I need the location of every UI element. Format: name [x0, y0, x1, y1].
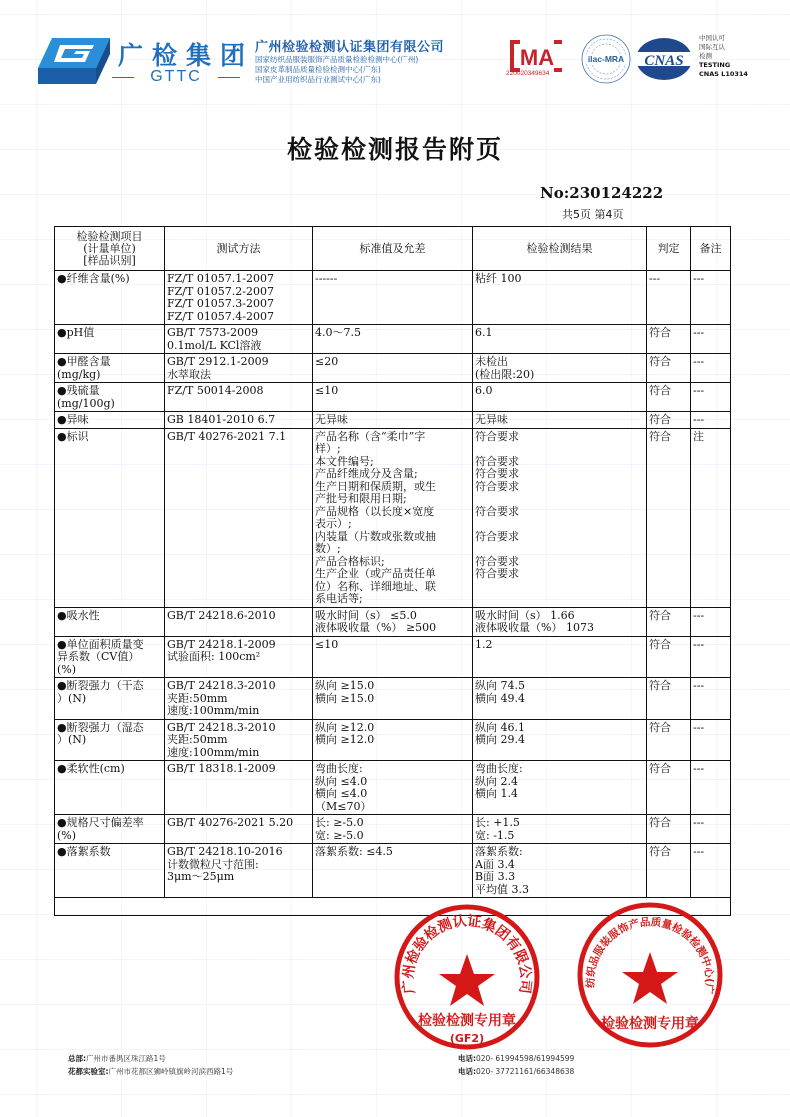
- results-table: 检验检测项目 (计量单位) [样品识别] 测试方法 标准值及允差 检验检测结果 …: [54, 226, 731, 916]
- cell-item: ●吸水性: [55, 607, 165, 636]
- table-row-empty: [55, 898, 731, 916]
- phone-label-2: 电话:: [458, 1067, 476, 1076]
- cell-result: 1.2: [473, 636, 647, 678]
- header-standard: 标准值及允差: [313, 227, 473, 271]
- cma-code: 220020349634: [506, 70, 549, 77]
- table-body: ●纤维含量(%)FZ/T 01057.1-2007 FZ/T 01057.2-2…: [55, 271, 731, 916]
- cell-result: 6.1: [473, 325, 647, 354]
- cell-standard: ≤10: [313, 636, 473, 678]
- cell-item: ●残硫量 (mg/100g): [55, 383, 165, 412]
- header-note: 备注: [691, 227, 731, 271]
- cell-method: GB/T 18318.1-2009: [165, 761, 313, 815]
- table-row: ●吸水性GB/T 24218.6-2010吸水时间（s） ≤5.0 液体吸收量（…: [55, 607, 731, 636]
- company-subtitle-1: 国家纺织品服装服饰产品质量检验检测中心(广州): [255, 55, 418, 65]
- official-stamp-national-center: 国家纺织品服装服饰产品质量检验检测中心(广州) 检验检测专用章: [575, 900, 725, 1050]
- footer-phone-2: 电话:020- 37721161/66348638: [458, 1066, 574, 1077]
- cell-item: ●断裂强力（湿态 ）(N): [55, 719, 165, 761]
- cell-result: 落絮系数: A面 3.4 B面 3.3 平均值 3.3: [473, 844, 647, 898]
- cell-standard: ------: [313, 271, 473, 325]
- cell-standard: 吸水时间（s） ≤5.0 液体吸收量（%） ≥500: [313, 607, 473, 636]
- cma-logo-icon: MA: [508, 38, 566, 74]
- cell-standard: 落絮系数: ≤4.5: [313, 844, 473, 898]
- cell-judge: 符合: [647, 719, 691, 761]
- results-table-container: 检验检测项目 (计量单位) [样品识别] 测试方法 标准值及允差 检验检测结果 …: [54, 226, 730, 916]
- cell-judge: 符合: [647, 325, 691, 354]
- svg-text:检验检测专用章: 检验检测专用章: [601, 1015, 699, 1032]
- cell-result: 纵向 74.5 横向 49.4: [473, 678, 647, 720]
- cell-standard: 4.0～7.5: [313, 325, 473, 354]
- cell-item: ●异味: [55, 412, 165, 429]
- company-subtitle-2: 国家皮革制品质量检验检测中心(广东): [255, 65, 381, 75]
- cell-method: GB/T 24218.6-2010: [165, 607, 313, 636]
- cnas-line-3: 检测: [699, 52, 748, 61]
- table-row: ●标识GB/T 40276-2021 7.1产品名称（含“柔巾”字 样）; 本文…: [55, 428, 731, 607]
- cell-result: 吸水时间（s） 1.66 液体吸收量（%） 1073: [473, 607, 647, 636]
- cell-result: 未检出 (检出限:20): [473, 354, 647, 383]
- cell-item: ●pH值: [55, 325, 165, 354]
- cell-result: 纵向 46.1 横向 29.4: [473, 719, 647, 761]
- cell-judge: 符合: [647, 815, 691, 844]
- footer-hq: 总部:广州市番禺区珠江路1号: [68, 1053, 166, 1064]
- cell-note: ---: [691, 844, 731, 898]
- cell-note: ---: [691, 325, 731, 354]
- cell-note: ---: [691, 271, 731, 325]
- ilac-mra-logo-icon: ilac-MRA: [580, 33, 632, 85]
- cell-result: 无异味: [473, 412, 647, 429]
- letterhead: 广检集团 GTTC 广州检验检测认证集团有限公司 国家纺织品服装服饰产品质量检验…: [0, 28, 790, 98]
- header-result: 检验检测结果: [473, 227, 647, 271]
- footer-lab: 花都实验室:广州市花都区狮岭镇旗岭河滨西路1号: [68, 1066, 233, 1077]
- cell-judge: 符合: [647, 354, 691, 383]
- cell-standard: ≤10: [313, 383, 473, 412]
- cell-note: ---: [691, 354, 731, 383]
- company-subtitle-3: 中国产业用纺织品行业测试中心(广东): [255, 75, 381, 85]
- cell-method: GB/T 2912.1-2009 水萃取法: [165, 354, 313, 383]
- cnas-line-4: TESTING: [699, 61, 748, 70]
- cnas-line-5: CNAS L10314: [699, 70, 748, 79]
- report-number: No:230124222: [540, 184, 663, 202]
- table-row: ●断裂强力（湿态 ）(N)GB/T 24218.3-2010 夹距:50mm 速…: [55, 719, 731, 761]
- cell-method: GB/T 7573-2009 0.1mol/L KCl溶液: [165, 325, 313, 354]
- table-row: ●断裂强力（干态 ）(N)GB/T 24218.3-2010 夹距:50mm 速…: [55, 678, 731, 720]
- cell-note: 注: [691, 428, 731, 607]
- cell-note: ---: [691, 719, 731, 761]
- cell-item: ●断裂强力（干态 ）(N): [55, 678, 165, 720]
- cell-note: ---: [691, 383, 731, 412]
- phone-number-1: 020- 61994598/61994599: [476, 1054, 574, 1063]
- header-item: 检验检测项目 (计量单位) [样品识别]: [55, 227, 165, 271]
- table-row: ●pH值GB/T 7573-2009 0.1mol/L KCl溶液4.0～7.5…: [55, 325, 731, 354]
- header-judgement: 判定: [647, 227, 691, 271]
- cell-judge: 符合: [647, 678, 691, 720]
- cell-item: ●单位面积质量变 异系数（CV值） (%): [55, 636, 165, 678]
- cell-item: ●柔软性(cm): [55, 761, 165, 815]
- cell-note: ---: [691, 412, 731, 429]
- table-row: ●甲醛含量 (mg/kg)GB/T 2912.1-2009 水萃取法≤20未检出…: [55, 354, 731, 383]
- cell-standard: 纵向 ≥15.0 横向 ≥15.0: [313, 678, 473, 720]
- svg-text:检验检测专用章: 检验检测专用章: [418, 1012, 516, 1029]
- cell-standard: ≤20: [313, 354, 473, 383]
- cell-standard: 纵向 ≥12.0 横向 ≥12.0: [313, 719, 473, 761]
- table-row: ●规格尺寸偏差率 (%)GB/T 40276-2021 5.20长: ≥-5.0…: [55, 815, 731, 844]
- cell-method: GB/T 24218.3-2010 夹距:50mm 速度:100mm/min: [165, 719, 313, 761]
- cell-item: ●标识: [55, 428, 165, 607]
- footer-phone-1: 电话:020- 61994598/61994599: [458, 1053, 574, 1064]
- cell-item: ●纤维含量(%): [55, 271, 165, 325]
- lab-label: 花都实验室:: [68, 1067, 109, 1076]
- header-method: 测试方法: [165, 227, 313, 271]
- cell-note: ---: [691, 815, 731, 844]
- cell-judge: 符合: [647, 607, 691, 636]
- cnas-logo-icon: CNAS: [634, 36, 694, 82]
- table-row: ●落絮系数GB/T 24218.10-2016 计数微粒尺寸范围: 3μm～25…: [55, 844, 731, 898]
- cell-result: 符合要求 符合要求 符合要求 符合要求 符合要求 符合要求 符合要求 符合要求: [473, 428, 647, 607]
- cell-standard: 无异味: [313, 412, 473, 429]
- table-row: ●柔软性(cm)GB/T 18318.1-2009弯曲长度: 纵向 ≤4.0 横…: [55, 761, 731, 815]
- cell-method: FZ/T 50014-2008: [165, 383, 313, 412]
- cell-note: ---: [691, 636, 731, 678]
- page-title: 检验检测报告附页: [0, 130, 790, 166]
- page-indicator: 共5页 第4页: [562, 206, 624, 222]
- brand-name-en: GTTC: [112, 68, 240, 86]
- cell-judge: 符合: [647, 844, 691, 898]
- cell-standard: 产品名称（含“柔巾”字 样）; 本文件编号; 产品纤维成分及含量; 生产日期和保…: [313, 428, 473, 607]
- cell-standard: 弯曲长度: 纵向 ≤4.0 横向 ≤4.0 （M≤70）: [313, 761, 473, 815]
- hq-label: 总部:: [68, 1054, 86, 1063]
- svg-text:CNAS: CNAS: [644, 53, 683, 69]
- cell-note: ---: [691, 678, 731, 720]
- cnas-line-2: 国际互认: [699, 43, 748, 52]
- cell-result: 6.0: [473, 383, 647, 412]
- table-row: ●单位面积质量变 异系数（CV值） (%)GB/T 24218.1-2009 试…: [55, 636, 731, 678]
- cell-method: GB 18401-2010 6.7: [165, 412, 313, 429]
- cell-note: ---: [691, 761, 731, 815]
- svg-text:MA: MA: [520, 45, 554, 70]
- cell-judge: 符合: [647, 428, 691, 607]
- cell-result: 长: +1.5 宽: -1.5: [473, 815, 647, 844]
- table-row: ●残硫量 (mg/100g)FZ/T 50014-2008≤106.0符合---: [55, 383, 731, 412]
- svg-text:ilac-MRA: ilac-MRA: [588, 54, 624, 64]
- hq-address: 广州市番禺区珠江路1号: [86, 1054, 166, 1063]
- cell-item: ●甲醛含量 (mg/kg): [55, 354, 165, 383]
- cell-item: ●规格尺寸偏差率 (%): [55, 815, 165, 844]
- cnas-line-1: 中国认可: [699, 34, 748, 43]
- cell-standard: 长: ≥-5.0 宽: ≥-5.0: [313, 815, 473, 844]
- cell-judge: 符合: [647, 412, 691, 429]
- cell-item: ●落絮系数: [55, 844, 165, 898]
- phone-number-2: 020- 37721161/66348638: [476, 1067, 574, 1076]
- cell-method: FZ/T 01057.1-2007 FZ/T 01057.2-2007 FZ/T…: [165, 271, 313, 325]
- table-row: ●异味GB 18401-2010 6.7无异味无异味符合---: [55, 412, 731, 429]
- phone-label-1: 电话:: [458, 1054, 476, 1063]
- official-stamp-gf2: 广州检验检测认证集团有限公司 检验检测专用章 (GF2): [392, 902, 542, 1052]
- cnas-accreditation-text: 中国认可 国际互认 检测 TESTING CNAS L10314: [699, 34, 748, 79]
- lab-address: 广州市花都区狮岭镇旗岭河滨西路1号: [109, 1067, 234, 1076]
- company-name: 广州检验检测认证集团有限公司: [255, 36, 444, 55]
- svg-text:广州检验检测认证集团有限公司: 广州检验检测认证集团有限公司: [400, 912, 535, 994]
- cell-judge: 符合: [647, 383, 691, 412]
- cell-method: GB/T 40276-2021 5.20: [165, 815, 313, 844]
- cell-method: GB/T 24218.1-2009 试验面积: 100cm²: [165, 636, 313, 678]
- cell-judge: 符合: [647, 761, 691, 815]
- cell-method: GB/T 40276-2021 7.1: [165, 428, 313, 607]
- cell-judge: 符合: [647, 636, 691, 678]
- cell-note: ---: [691, 607, 731, 636]
- cell-result: 弯曲长度: 纵向 2.4 横向 1.4: [473, 761, 647, 815]
- cell-method: GB/T 24218.10-2016 计数微粒尺寸范围: 3μm～25μm: [165, 844, 313, 898]
- gttc-logo-icon: [38, 38, 110, 84]
- brand-name-cn: 广检集团: [118, 36, 254, 72]
- table-header-row: 检验检测项目 (计量单位) [样品识别] 测试方法 标准值及允差 检验检测结果 …: [55, 227, 731, 271]
- table-row: ●纤维含量(%)FZ/T 01057.1-2007 FZ/T 01057.2-2…: [55, 271, 731, 325]
- svg-text:(GF2): (GF2): [450, 1032, 484, 1045]
- cell-method: GB/T 24218.3-2010 夹距:50mm 速度:100mm/min: [165, 678, 313, 720]
- cell-judge: ---: [647, 271, 691, 325]
- empty-cell: [55, 898, 731, 916]
- cell-result: 粘纤 100: [473, 271, 647, 325]
